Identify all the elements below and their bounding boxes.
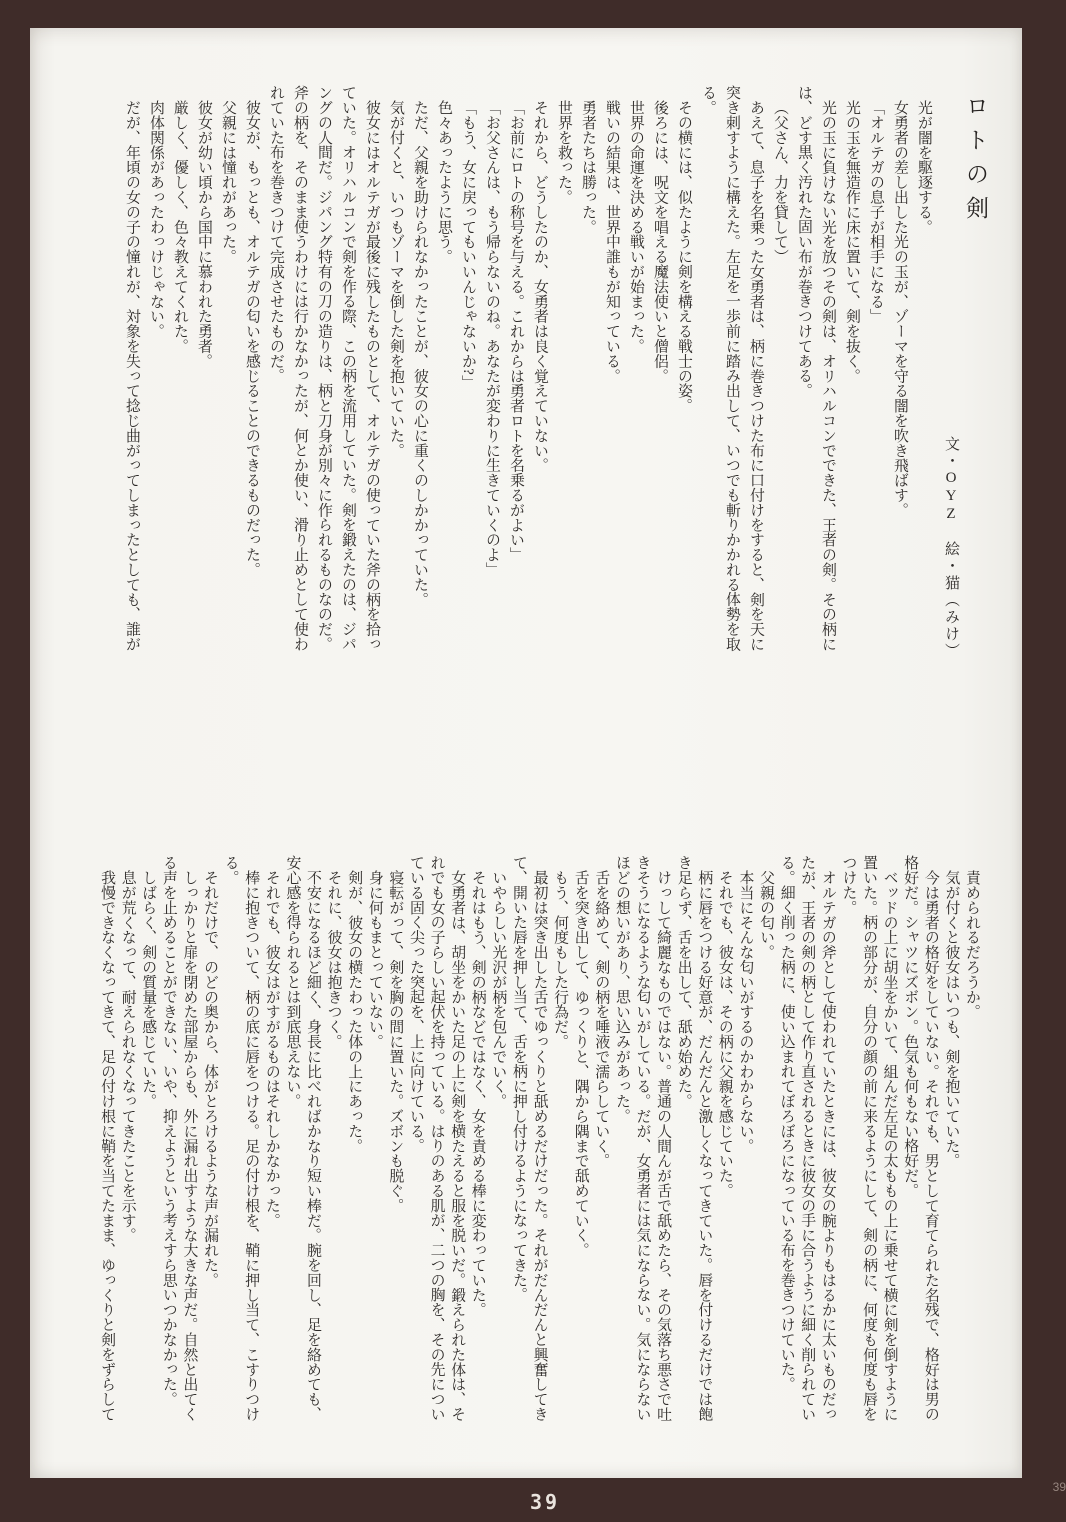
story-paragraph: 彼女が幼い頃から国中に慕われた勇者。 [192, 85, 216, 652]
story-paragraph: 本当にそんな匂いがするのかわからない。 [735, 855, 756, 1422]
credit-artist: 絵・猫（みけ） [943, 524, 959, 660]
story-paragraph: 世界の命運を決める戦いが始まった。 [624, 85, 648, 652]
story-paragraph: 最初は突き出した舌でゆっくりと舐めるだけだった。それがだんだんと興奮してきて、開… [508, 855, 549, 1422]
page-number: 39 [530, 1490, 560, 1514]
story-paragraph: 彼女にはオルテガが最後に残したものとして、オルテガの使っていた斧の柄を拾っていた… [264, 85, 384, 652]
scanned-page-background: { "page": { "title": "ロトの剣", "credit_wri… [0, 0, 1066, 1522]
story-paragraph: 「お前にロトの称号を与える。これからは勇者ロトを名乗るがよい」 [504, 85, 528, 652]
story-paragraph: 女勇者の差し出した光の玉が、ゾーマを守る闇を吹き飛ばす。 [888, 85, 912, 652]
credit-writer: 文・OYZ [943, 436, 959, 524]
story-paragraph: 厳しく、優しく、色々教えてくれた。 [168, 85, 192, 652]
story-paragraph: あえて、息子を名乗った女勇者は、柄に巻きつけた布に口付けをすると、剣を天に突き刺… [696, 85, 768, 652]
story-paragraph: 寝転がって、剣を胸の間に置いた。ズボンも脱ぐ。 [385, 855, 406, 1422]
story-paragraph: もう、何度もした行為だ。 [550, 855, 571, 1422]
story-paragraph: しっかりと扉を閉めた部屋からも、外に漏れ出すような大きな声だ。自然と出てくる声を… [158, 855, 199, 1422]
story-paragraph: 世界を救った。 [552, 85, 576, 652]
story-text-bottom-block: 責められるだろうか。気が付くと彼女はいつも、剣を抱いていた。今は勇者の格好をして… [96, 855, 982, 1422]
paper-page: ロトの剣 文・OYZ 絵・猫（みけ） 光が闇を駆逐する。女勇者の差し出した光の玉… [30, 28, 1022, 1478]
story-paragraph: しばらく、剣の質量を感じていた。 [138, 855, 159, 1422]
story-paragraph: 棒に抱きついて、柄の底に唇をつける。足の付け根を、鞘に押し当て、こすりつける。 [220, 855, 261, 1422]
story-paragraph: 柄に唇をつける好意が、だんだんと激しくなってきていた。唇を付けるだけでは飽き足ら… [673, 855, 714, 1422]
story-paragraph: ベッドの上に胡坐をかいて、組んだ左足の太ももの上に乗せて横に剣を倒すように置いた… [838, 855, 900, 1422]
story-paragraph: 舌を突き出して、ゆっくりと、隅から隅まで舐めていく。 [570, 855, 591, 1422]
story-paragraph: それだけで、のどの奥から、体がとろけるような声が漏れた。 [199, 855, 220, 1422]
story-paragraph: その横には、似たように剣を構える戦士の姿。 [672, 85, 696, 652]
story-paragraph: 身に何もまとっていない。 [364, 855, 385, 1422]
story-paragraph: （父さん、力を貸して） [768, 85, 792, 652]
story-paragraph: けっして綺麗なものではない。普通の人間んが舌で舐めたら、その気落ち悪さで吐きそう… [611, 855, 673, 1422]
page-title: ロトの剣 [959, 94, 992, 230]
story-paragraph: 色々あったように思う。 [432, 85, 456, 652]
story-paragraph: 父親の匂い。 [755, 855, 776, 1422]
credit-line: 文・OYZ 絵・猫（みけ） [941, 436, 962, 660]
story-paragraph: 彼女が、もっとも、オルテガの匂いを感じることのできるものだった。 [240, 85, 264, 652]
story-paragraph: だが、年頃の女の子の憧れが、対象を失って捻じ曲がってしまったとしても、誰が [120, 85, 144, 652]
story-paragraph: いやらしい光沢が柄を包んでいく。 [488, 855, 509, 1422]
story-paragraph: 舌を絡めて、剣の柄を唾液で濡らしていく。 [591, 855, 612, 1422]
story-paragraph: 女勇者は、胡坐をかいた足の上に剣を横たえると服を脱いだ。鍛えられた体は、それでも… [405, 855, 467, 1422]
story-paragraph: 気が付くと彼女はいつも、剣を抱いていた。 [941, 855, 962, 1422]
edge-page-number: 39 [1053, 1480, 1066, 1494]
story-paragraph: それでも、彼女はがすがるものはそれしかなかった。 [261, 855, 282, 1422]
story-paragraph: ただ、父親を助けられなかったことが、彼女の心に重くのしかかっていた。 [408, 85, 432, 652]
story-paragraph: 息が荒くなって、耐えられなくなってきたことを示す。 [117, 855, 138, 1422]
story-paragraph: 「オルテガの息子が相手になる」 [864, 85, 888, 652]
story-paragraph: それでも、彼女は、その柄に父親を感じていた。 [714, 855, 735, 1422]
story-paragraph: 不安になるほど細く、身長に比べればかなり短い棒だ。腕を回し、足を絡めても、安心感… [282, 855, 323, 1422]
story-paragraph: 「お父さんは、もう帰らないのね。あなたが変わりに生きていくのよ」 [480, 85, 504, 652]
story-text-top-block: 光が闇を駆逐する。女勇者の差し出した光の玉が、ゾーマを守る闇を吹き飛ばす。「オル… [120, 85, 936, 652]
story-paragraph: それはもう、剣の柄などではなく、女を責める棒に変わっていた。 [467, 855, 488, 1422]
story-paragraph: 気が付くと、いつもゾーマを倒した剣を抱いていた。 [384, 85, 408, 652]
story-paragraph: 光が闇を駆逐する。 [912, 85, 936, 652]
story-paragraph: 今は勇者の格好をしていない。それでも、男として育てられた名残で、格好は男の格好だ… [900, 855, 941, 1422]
story-paragraph: 父親には憧れがあった。 [216, 85, 240, 652]
story-paragraph: 肉体関係があったわっけじゃない。 [144, 85, 168, 652]
story-paragraph: それに、彼女は抱きつく。 [323, 855, 344, 1422]
story-paragraph: 責められるだろうか。 [961, 855, 982, 1422]
story-paragraph: 「もう、女に戻ってもいいんじゃないか?」 [456, 85, 480, 652]
story-paragraph: 勇者たちは勝った。 [576, 85, 600, 652]
story-paragraph: それから、どうしたのか、女勇者は良く覚えていない。 [528, 85, 552, 652]
story-paragraph: 剣が、彼女の横たわった体の上にあった。 [344, 855, 365, 1422]
story-paragraph: 我慢できなくなってきて、足の付け根に鞘を当てたまま、ゆっくりと剣をずらして [96, 855, 117, 1422]
story-paragraph: オルテガの斧として使われていたときには、彼女の腕よりもはるかに太いものだったが、… [776, 855, 838, 1422]
story-paragraph: 光の玉を無造作に床に置いて、剣を抜く。 [840, 85, 864, 652]
story-paragraph: 光の玉に負けない光を放つその剣は、オリハルコンでできた、王者の剣。その柄には、ど… [792, 85, 840, 652]
story-paragraph: 戦いの結果は、世界中誰もが知っている。 [600, 85, 624, 652]
story-paragraph: 後ろには、呪文を唱える魔法使いと僧侶。 [648, 85, 672, 652]
